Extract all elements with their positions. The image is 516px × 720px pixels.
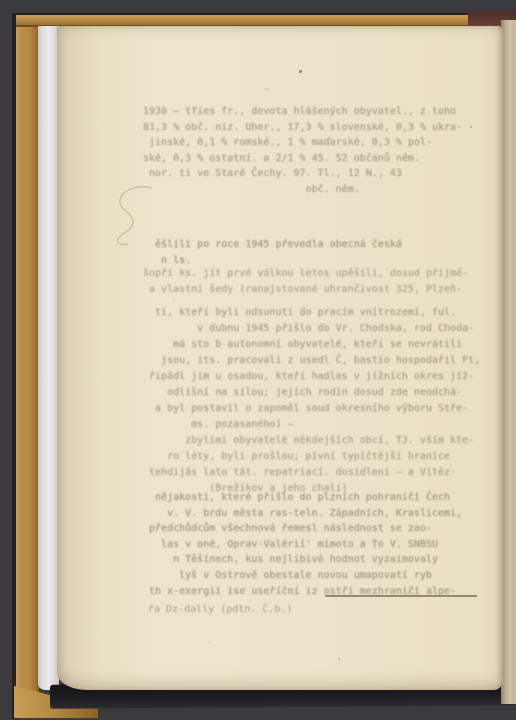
text-line: obč. něm. (143, 182, 488, 198)
text-line: má sto b autonomní obyvatelé, kteří se n… (143, 337, 488, 353)
text-line: předchůdcům všechnová řemesl následnost … (143, 521, 488, 537)
text-line: odlišní na sílou; jejich rodin dosud zde… (143, 385, 488, 401)
paper-speck (338, 658, 340, 660)
text-line: jinské, 0,1 % romské., 1 % maďarské, 0,3… (143, 135, 488, 151)
text-paragraph-3: šopří ks. jít prvé válkou letos upěšili,… (143, 266, 488, 297)
text-line: ské, 0,3 % ostatní. a 2/1 % 45. 52 občan… (143, 151, 488, 167)
text-line: šopří ks. jít prvé válkou letos upěšili,… (143, 266, 488, 282)
text-line: v dubnu 1945 přišlo do Vr. Chodska, rod … (143, 321, 488, 337)
book-cover-left-edge (16, 15, 39, 717)
text-line: tehdijás lato tát. repatriací. dosídlení… (143, 465, 488, 481)
footnote-text: řa Dz-dally (pdtn. Č.b.) (148, 604, 293, 615)
text-line: las v oné, Oprav-Valérií' mimoto a To V.… (143, 537, 488, 553)
text-line: a byl postavil o zapoměl soud okresního … (143, 401, 488, 417)
text-line: nor. ti ve Staré Čechy. 97. Tl., 12 N., … (143, 166, 488, 182)
text-line: zbylími obyvatelé někdejších obcí, TJ. v… (143, 433, 488, 449)
text-paragraph-5: zbylími obyvatelé někdejších obcí, TJ. v… (143, 433, 488, 497)
text-paragraph-1: 1930 – tfies fr., devota hlášených obyva… (143, 104, 488, 197)
text-line: ěšlili po roce 1945 převedla obecná česk… (143, 237, 488, 253)
text-line: nějakosti, které přišlo do plzních pohra… (143, 490, 488, 506)
text-line: 1930 – tfies fr., devota hlášených obyva… (143, 104, 488, 120)
scanned-book-photo: { "scene": { "background_color": "#3b3b3… (0, 0, 516, 720)
text-line: ti, kteří byli odsunuti do pracím vnitro… (143, 305, 488, 321)
page-block-edge (501, 20, 516, 704)
text-paragraph-6: nějakosti, které přišlo do plzních pohra… (143, 490, 488, 599)
flyleaf-page-edge (38, 26, 59, 690)
text-paragraph-2: ěšlili po roce 1945 převedla obecná česk… (143, 237, 488, 268)
paper-speck (209, 642, 210, 643)
paper-speck (299, 70, 302, 73)
text-line: ro léty, byli prošlou; pivní typičtější … (143, 449, 488, 465)
footnote-separator-rule (325, 595, 477, 597)
text-line: lyš v Ostrově obestale novou umapovatí r… (143, 568, 488, 584)
text-line: n Těšínech, kus nejlibivé hodnot vyzaimo… (143, 552, 488, 568)
text-line: a vlastní šedy (ranajstované uhrančivost… (143, 282, 488, 298)
text-line: 81,3 % obč. niz. Uher., 17,3 % slovenské… (143, 120, 488, 136)
paper-speck (265, 88, 270, 90)
text-line: ms. pozasaného) – (143, 417, 488, 433)
text-paragraph-4: ti, kteří byli odsunuti do pracím vnitro… (143, 305, 488, 433)
text-line: jsou, its. pracovali z usedl Č, bastio h… (143, 353, 488, 369)
paper-speck (173, 300, 175, 301)
text-line: řipádl jim u osadou, kteří hadlas v jížn… (143, 369, 488, 385)
text-line: v. V. brdu města ras-teln. Západních, Kr… (143, 506, 488, 522)
